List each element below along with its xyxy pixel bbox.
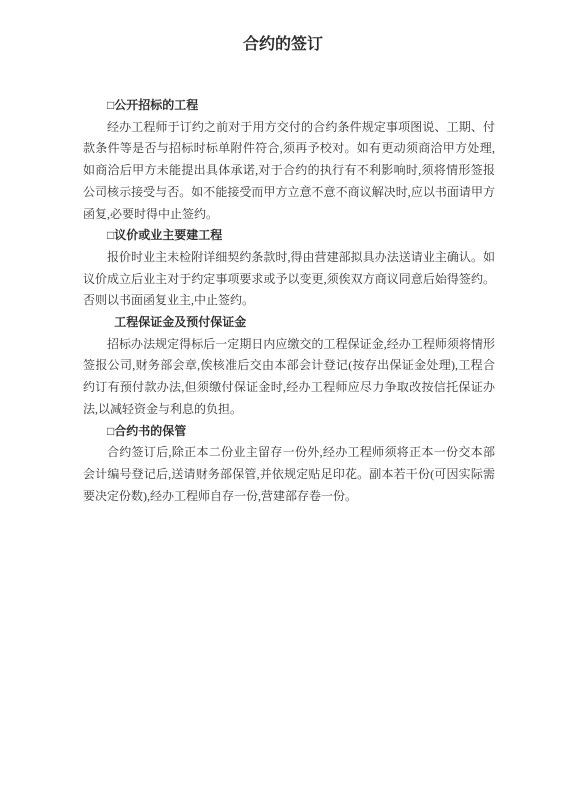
- section-paragraph: 招标办法规定得标后一定期日内应缴交的工程保证金,经办工程师须将情形签报公司,财务…: [83, 334, 495, 421]
- document-body: □公开招标的工程 经办工程师于订约之前对于用方交付的合约条件规定事项图说、工期、…: [83, 95, 495, 507]
- section-paragraph: 合约签订后,除正本二份业主留存一份外,经办工程师须将正本一份交本部会计编号登记后…: [83, 442, 495, 507]
- section-paragraph: 经办工程师于订约之前对于用方交付的合约条件规定事项图说、工期、付款条件等是否与招…: [83, 117, 495, 226]
- section-heading: □公开招标的工程: [83, 95, 495, 117]
- section-paragraph: 报价时业主未检附详细契约条款时,得由营建部拟具办法送请业主确认。如议价成立后业主…: [83, 247, 495, 312]
- page-title: 合约的签订: [0, 0, 566, 54]
- section-heading: 工程保证金及预付保证金: [83, 312, 495, 334]
- section-negotiated-price: □议价或业主要建工程 报价时业主未检附详细契约条款时,得由营建部拟具办法送请业主…: [83, 225, 495, 312]
- section-heading: □议价或业主要建工程: [83, 225, 495, 247]
- section-heading: □合约书的保管: [83, 421, 495, 443]
- section-contract-storage: □合约书的保管 合约签订后,除正本二份业主留存一份外,经办工程师须将正本一份交本…: [83, 421, 495, 508]
- section-guarantee-deposit: 工程保证金及预付保证金 招标办法规定得标后一定期日内应缴交的工程保证金,经办工程…: [83, 312, 495, 421]
- document-page: 合约的签订 □公开招标的工程 经办工程师于订约之前对于用方交付的合约条件规定事项…: [0, 0, 566, 800]
- section-public-bidding: □公开招标的工程 经办工程师于订约之前对于用方交付的合约条件规定事项图说、工期、…: [83, 95, 495, 225]
